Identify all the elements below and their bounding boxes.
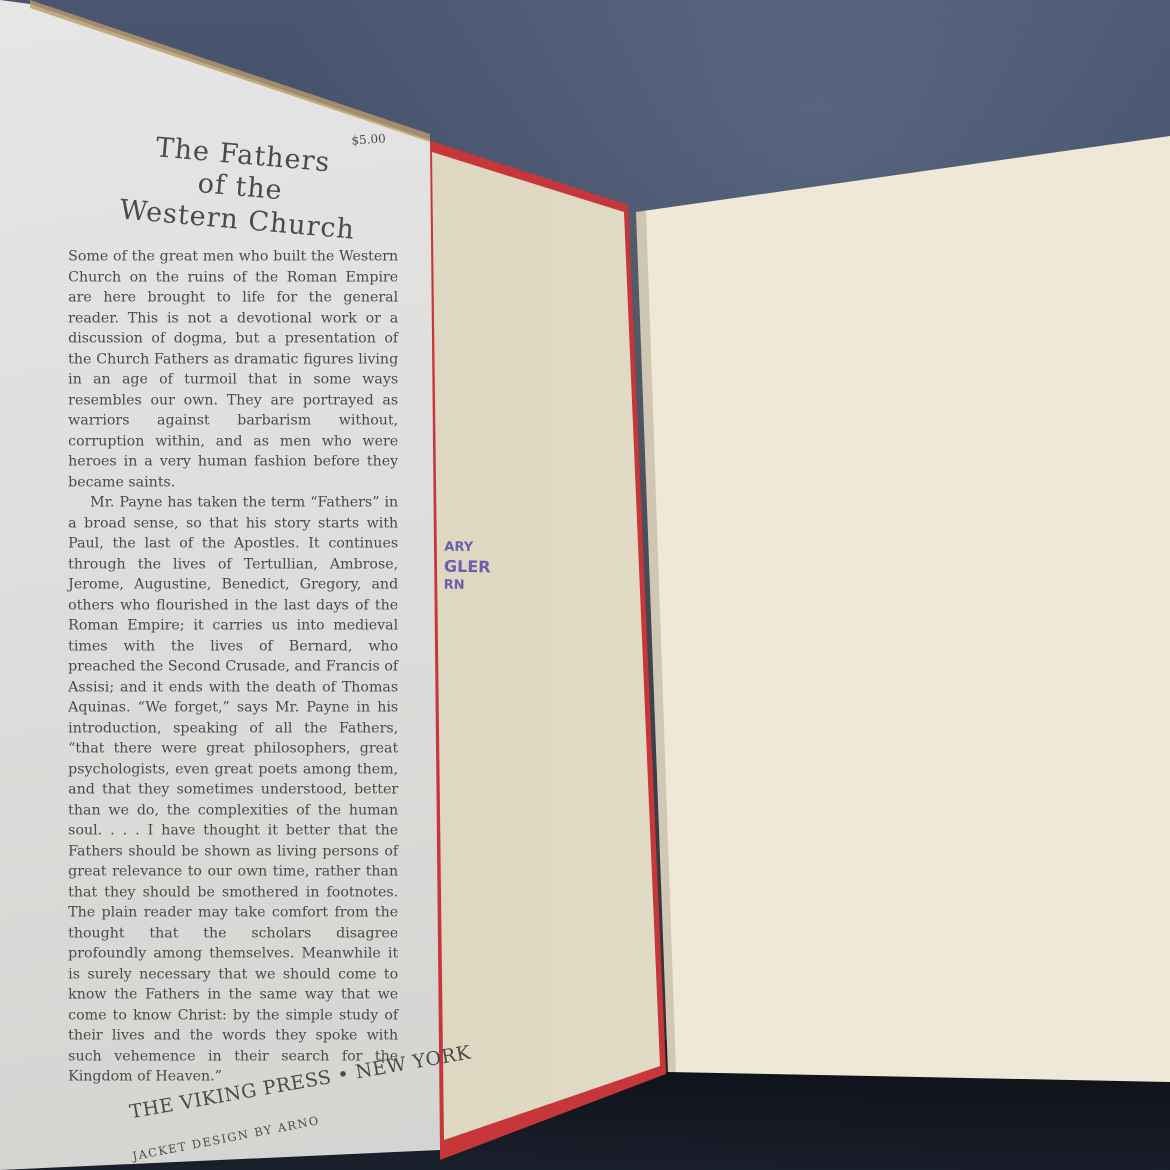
library-stamp: ARY GLER RN: [444, 540, 492, 595]
stamp-line-2: GLER: [444, 556, 491, 578]
stamp-line-1: ARY: [444, 540, 491, 558]
blurb-paragraph-1: Some of the great men who built the West…: [68, 247, 398, 493]
book-title: The Fathers of the Western Church: [91, 127, 388, 249]
price-label: $5.00: [351, 131, 386, 147]
stamp-line-3: RN: [444, 577, 491, 595]
blurb-paragraph-2: Mr. Payne has taken the term “Fathers” i…: [68, 493, 398, 1088]
blurb: Some of the great men who built the West…: [68, 247, 398, 1088]
